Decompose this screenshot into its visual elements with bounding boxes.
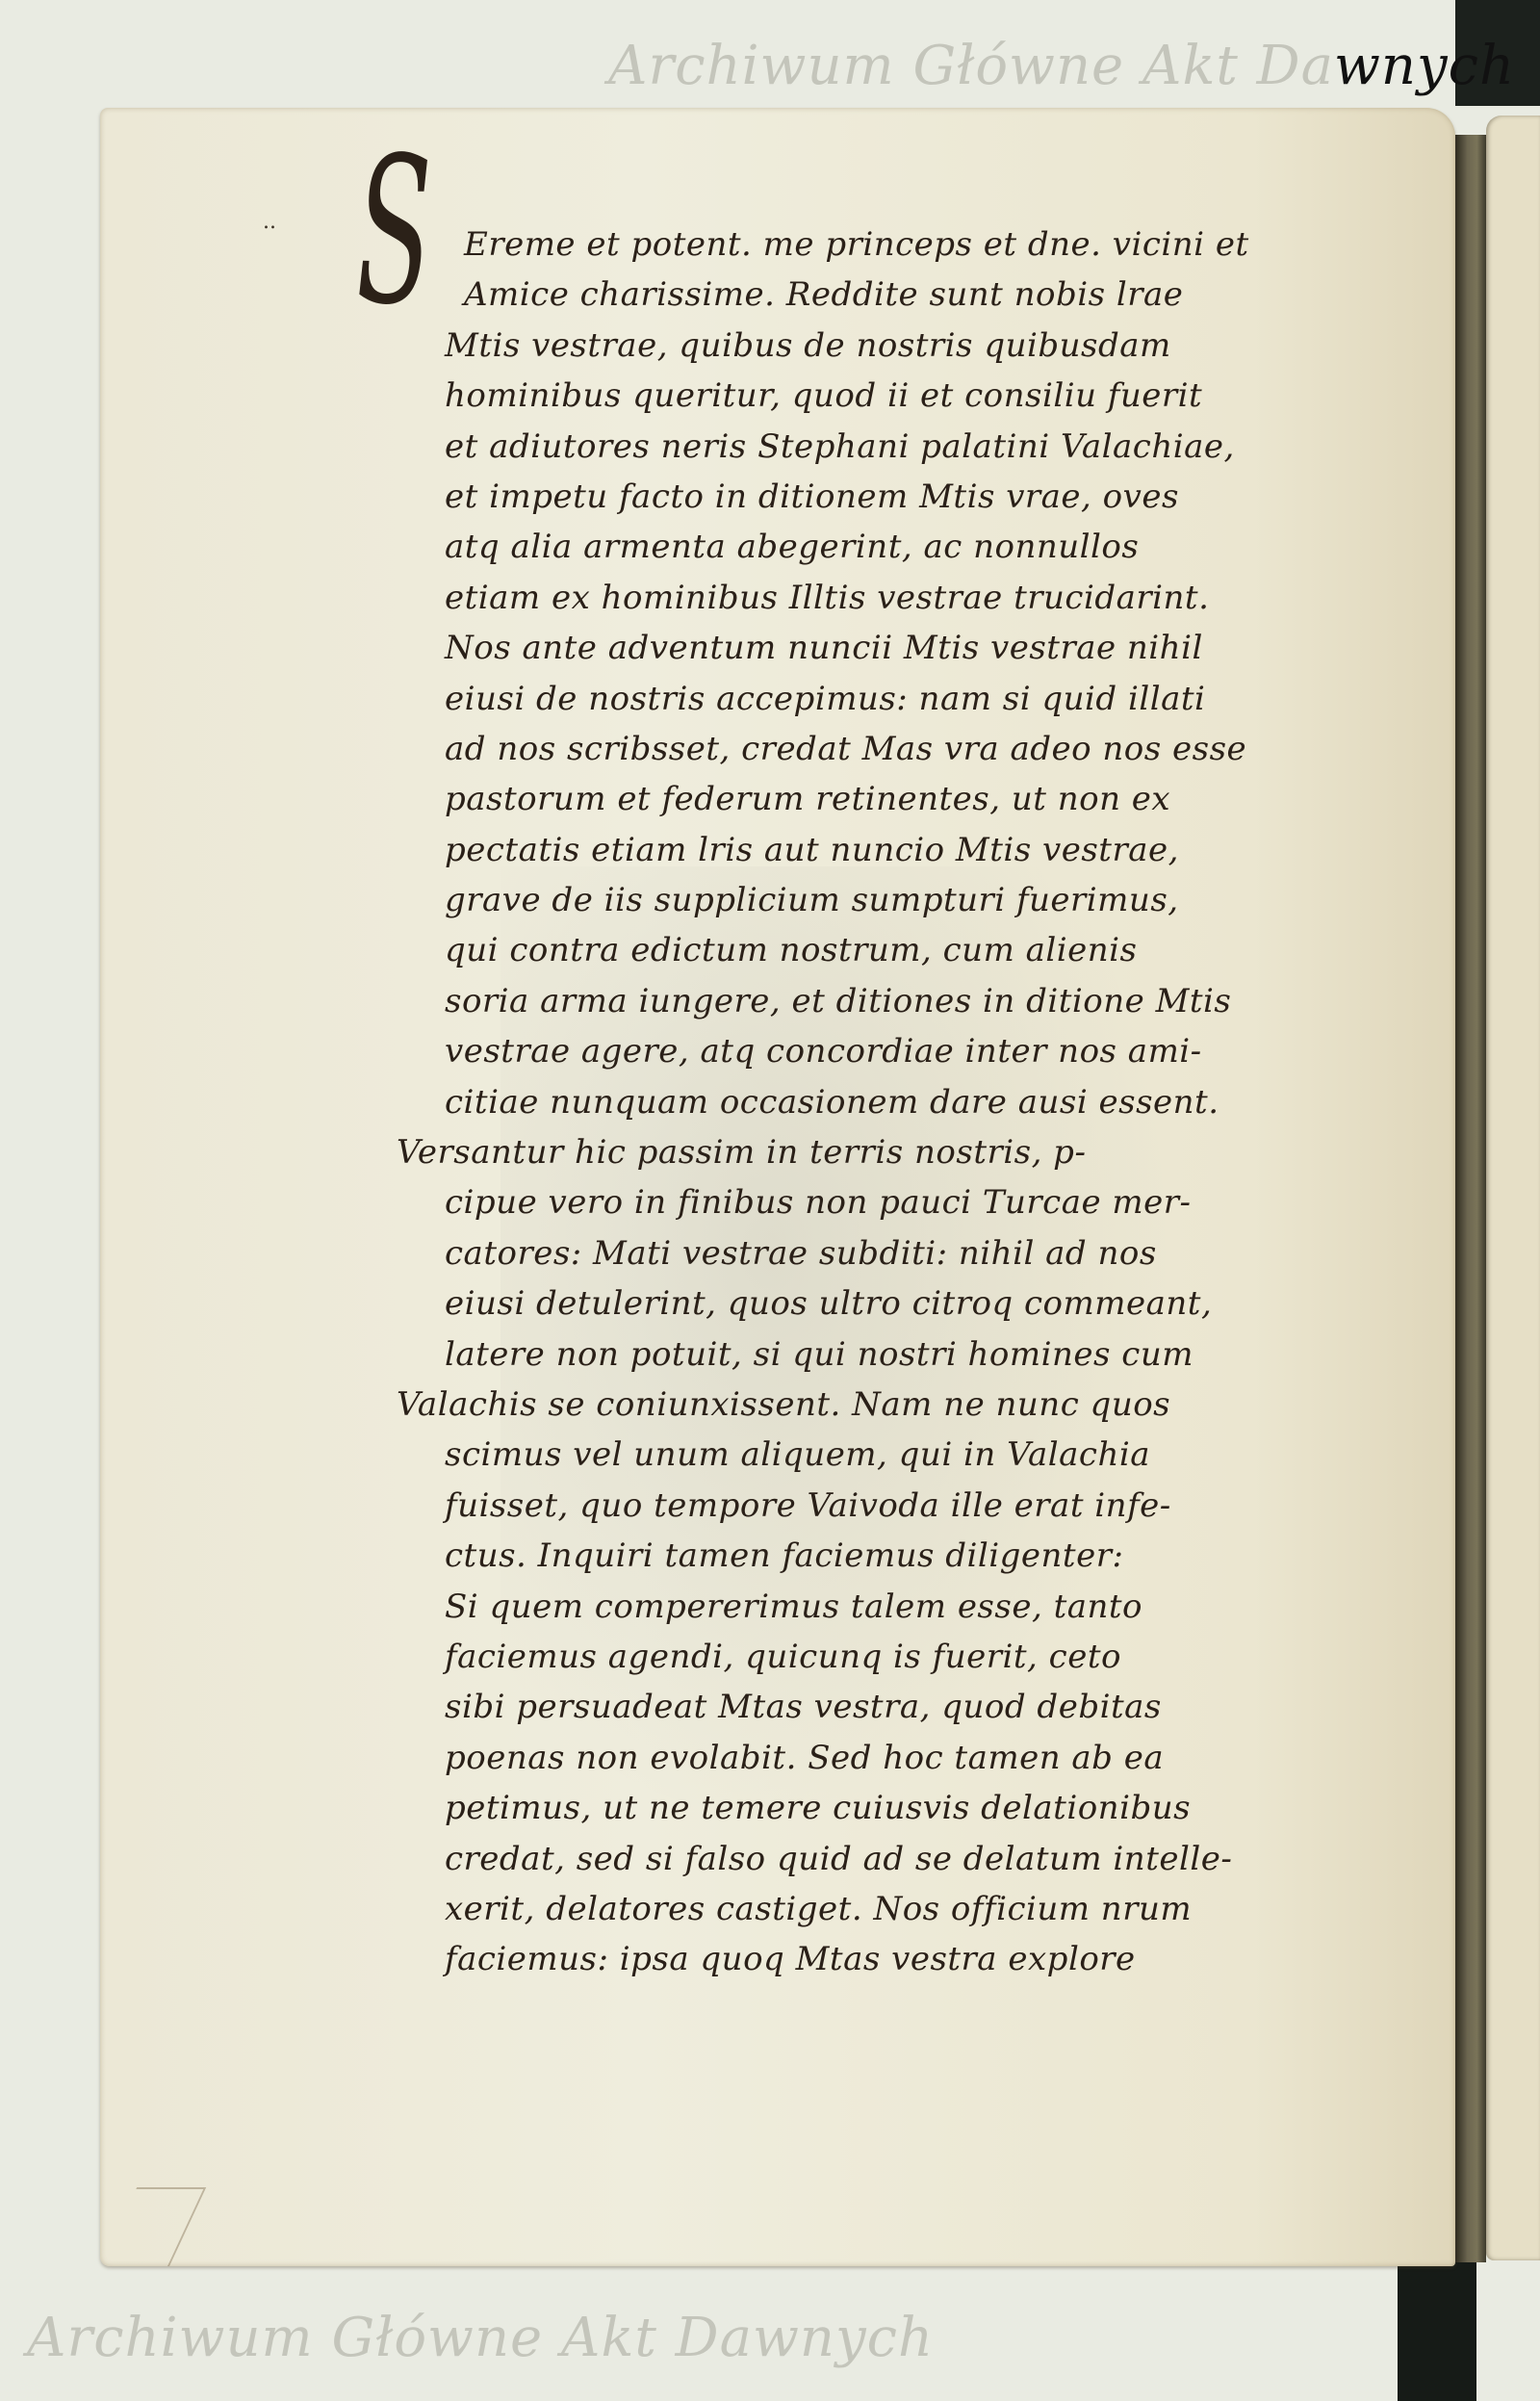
text-line: pastorum et federum retinentes, ut non e… <box>445 774 1369 824</box>
text-line: ctus. Inquiri tamen faciemus diligenter: <box>445 1531 1369 1581</box>
margin-mark: .. <box>263 210 276 234</box>
text-line: faciemus agendi, quicunq is fuerit, ceto <box>445 1632 1369 1682</box>
text-line: eiusi detulerint, quos ultro citroq comm… <box>445 1278 1369 1329</box>
decorated-initial: S <box>356 131 432 333</box>
adjacent-page-edge <box>1486 116 1540 2260</box>
text-line: Mtis vestrae, quibus de nostris quibusda… <box>445 321 1369 371</box>
text-line: fuisset, quo tempore Vaivoda ille erat i… <box>445 1481 1369 1531</box>
manuscript-text: Ereme et potent. me princeps et dne. vic… <box>445 219 1369 1985</box>
text-line: ad nos scribsset, credat Mas vra adeo no… <box>445 724 1369 774</box>
text-line: Nos ante adventum nuncii Mtis vestrae ni… <box>445 623 1369 673</box>
text-line: catores: Mati vestrae subditi: nihil ad … <box>445 1228 1369 1278</box>
text-line: eiusi de nostris accepimus: nam si quid … <box>445 674 1369 724</box>
text-line: Versantur hic passim in terris nostris, … <box>397 1127 1369 1177</box>
text-line: et adiutores neris Stephani palatini Val… <box>445 422 1369 472</box>
book-gutter <box>1455 135 1486 2262</box>
text-line: scimus vel unum aliquem, qui in Valachia <box>445 1430 1369 1480</box>
watermark-text-light: Archiwum Główne Akt Da <box>608 35 1334 97</box>
text-line: credat, sed si falso quid ad se delatum … <box>445 1834 1369 1884</box>
scanner-backdrop-bottom <box>1398 2260 1476 2401</box>
watermark-text-dark: wnych <box>1334 35 1515 97</box>
text-line: poenas non evolabit. Sed hoc tamen ab ea <box>445 1733 1369 1783</box>
text-line: latere non potuit, si qui nostri homines… <box>445 1330 1369 1380</box>
text-line: Valachis se coniunxissent. Nam ne nunc q… <box>397 1380 1369 1430</box>
text-line: hominibus queritur, quod ii et consiliu … <box>445 371 1369 421</box>
text-line: atq alia armenta abegerint, ac nonnullos <box>445 522 1369 572</box>
text-line: etiam ex hominibus Illtis vestrae trucid… <box>445 573 1369 623</box>
text-line: Amice charissime. Reddite sunt nobis lra… <box>464 270 1369 320</box>
text-line: soria arma iungere, et ditiones in ditio… <box>445 976 1369 1026</box>
text-line: pectatis etiam lris aut nuncio Mtis vest… <box>445 825 1369 875</box>
archive-watermark-top: Archiwum Główne Akt Dawnych <box>608 35 1515 97</box>
text-line: grave de iis supplicium sumpturi fuerimu… <box>445 875 1369 925</box>
text-line: Ereme et potent. me princeps et dne. vic… <box>464 219 1369 270</box>
text-line: qui contra edictum nostrum, cum alienis <box>445 925 1369 975</box>
text-line: Si quem compererimus talem esse, tanto <box>445 1582 1369 1632</box>
text-line: faciemus: ipsa quoq Mtas vestra explore <box>445 1934 1369 1984</box>
text-line: citiae nunquam occasionem dare ausi esse… <box>445 1077 1369 1127</box>
text-line: petimus, ut ne temere cuiusvis delationi… <box>445 1783 1369 1833</box>
text-line: et impetu facto in ditionem Mtis vrae, o… <box>445 472 1369 522</box>
text-line: xerit, delatores castiget. Nos officium … <box>445 1884 1369 1934</box>
text-line: sibi persuadeat Mtas vestra, quod debita… <box>445 1682 1369 1732</box>
archive-watermark-bottom: Archiwum Główne Akt Dawnych <box>27 2307 934 2369</box>
text-line: vestrae agere, atq concordiae inter nos … <box>445 1026 1369 1076</box>
text-line: cipue vero in finibus non pauci Turcae m… <box>445 1177 1369 1227</box>
